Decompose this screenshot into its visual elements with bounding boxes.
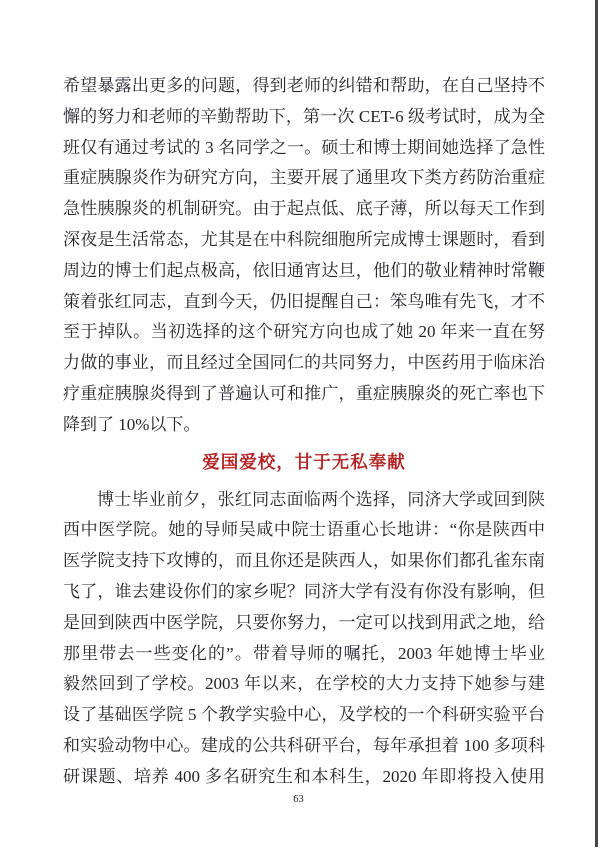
paragraph-1: 希望暴露出更多的问题，得到老师的纠错和帮助，在自己坚持不 懈的努力和老师的辛勤帮…: [63, 71, 545, 441]
text-line: 周边的博士们起点极高，依旧通宵达旦，他们的敬业精神时常鞭: [63, 256, 545, 287]
text-line: 至于掉队。当初选择的这个研究方向也成了她 20 年来一直在努: [63, 317, 545, 348]
text-line: 毅然回到了学校。2003 年以来，在学校的大力支持下她参与建: [63, 669, 545, 700]
text-line: 疗重症胰腺炎得到了普遍认可和推广，重症胰腺炎的死亡率也下: [63, 379, 545, 410]
text-line: 策着张红同志，直到今天，仍旧提醒自己：笨鸟唯有先飞，才不: [63, 287, 545, 318]
scan-artifact-line: [595, 0, 598, 847]
document-page: 希望暴露出更多的问题，得到老师的纠错和帮助，在自己坚持不 懈的努力和老师的辛勤帮…: [0, 0, 609, 855]
text-line: 降到了 10%以下。: [63, 410, 545, 441]
text-line: 和实验动物中心。建成的公共科研平台，每年承担着 100 多项科: [63, 731, 545, 762]
text-line: 医学院支持下攻博的，而且你还是陕西人，如果你们都孔雀东南: [63, 546, 545, 577]
text-line: 希望暴露出更多的问题，得到老师的纠错和帮助，在自己坚持不: [63, 71, 545, 102]
text-line: 是回到陕西中医学院，只要你努力，一定可以找到用武之地，给: [63, 608, 545, 639]
text-line: 重症胰腺炎作为研究方向，主要开展了通里攻下类方药防治重症: [63, 163, 545, 194]
text-line: 那里带去一些变化的”。带着导师的嘱托，2003 年她博士毕业: [63, 639, 545, 670]
paragraph-2: 博士毕业前夕，张红同志面临两个选择，同济大学或回到陕 西中医学院。她的导师吴咸中…: [63, 485, 545, 793]
text-line: 飞了，谁去建设你们的家乡呢？同济大学有没有你没有影响，但: [63, 577, 545, 608]
page-body-text: 希望暴露出更多的问题，得到老师的纠错和帮助，在自己坚持不 懈的努力和老师的辛勤帮…: [63, 71, 545, 793]
text-line: 设了基础医学院 5 个教学实验中心，及学校的一个科研实验平台: [63, 700, 545, 731]
text-line: 班仅有通过考试的 3 名同学之一。硕士和博士期间她选择了急性: [63, 133, 545, 164]
text-line: 急性胰腺炎的机制研究。由于起点低、底子薄，所以每天工作到: [63, 194, 545, 225]
text-line: 力做的事业，而且经过全国同仁的共同努力，中医药用于临床治: [63, 348, 545, 379]
text-line: 懈的努力和老师的辛勤帮助下，第一次 CET-6 级考试时，成为全: [63, 102, 545, 133]
text-line: 西中医学院。她的导师吴咸中院士语重心长地讲：“你是陕西中: [63, 515, 545, 546]
text-line: 博士毕业前夕，张红同志面临两个选择，同济大学或回到陕: [63, 485, 545, 516]
text-line: 研课题、培养 400 多名研究生和本科生，2020 年即将投入使用: [63, 762, 545, 793]
page-number: 63: [0, 794, 597, 805]
section-heading: 爱国爱校，甘于无私奉献: [63, 447, 545, 477]
text-line: 深夜是生活常态，尤其是在中科院细胞所完成博士课题时，看到: [63, 225, 545, 256]
